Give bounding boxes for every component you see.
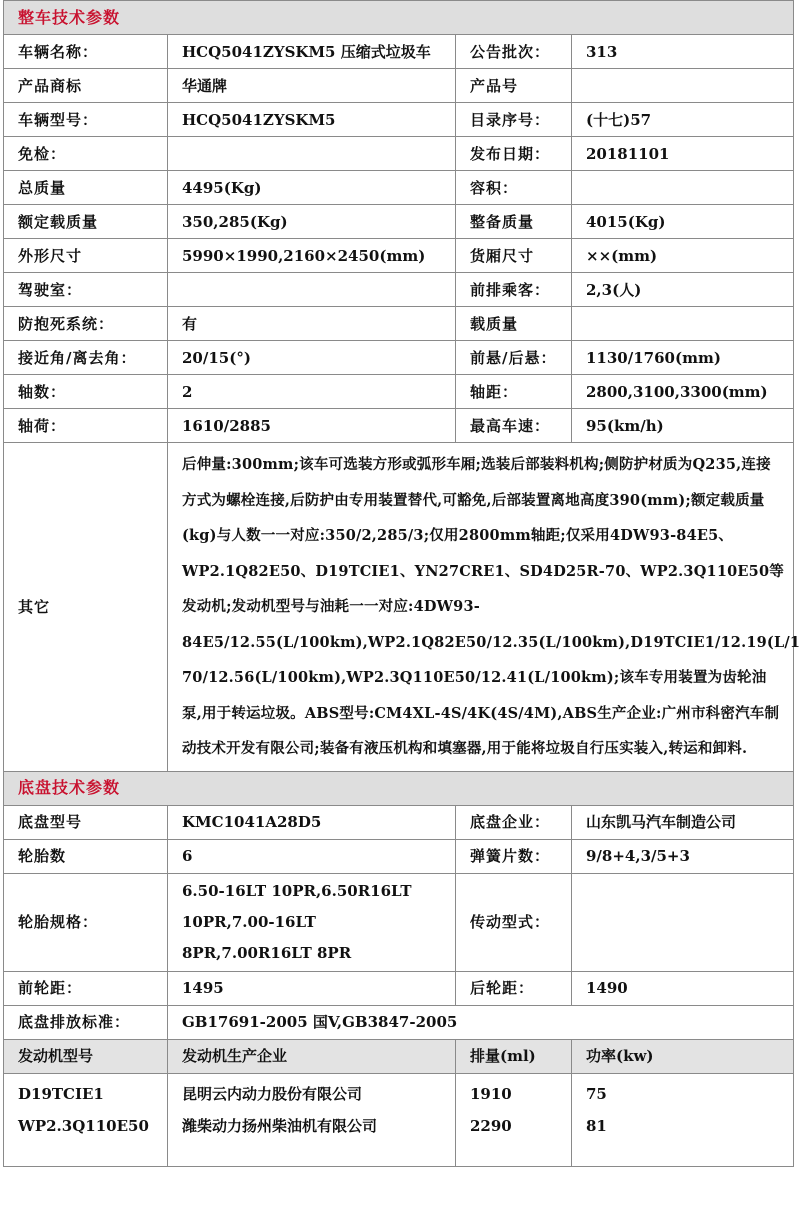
table-row: 车辆名称： HCQ5041ZYSKM5 压缩式垃圾车 公告批次： 313 bbox=[4, 35, 794, 69]
value-rear-track: 1490 bbox=[572, 971, 794, 1005]
engine-displacement-cell: 1910 2290 bbox=[456, 1073, 572, 1166]
table-row: 防抱死系统： 有 载质量 bbox=[4, 307, 794, 341]
engine-table-body: D19TCIE1 WP2.3Q110E50 昆明云内动力股份有限公司 潍柴动力扬… bbox=[4, 1073, 794, 1166]
label-max-speed: 最高车速： bbox=[456, 409, 572, 443]
label-total-mass: 总质量 bbox=[4, 171, 168, 205]
value-abs: 有 bbox=[168, 307, 456, 341]
value-emission: GB17691-2005 国V,GB3847-2005 bbox=[168, 1005, 794, 1039]
label-batch: 公告批次： bbox=[456, 35, 572, 69]
table-row: 车辆型号： HCQ5041ZYSKM5 目录序号： (十七)57 bbox=[4, 103, 794, 137]
table-row: 前轮距： 1495 后轮距： 1490 bbox=[4, 971, 794, 1005]
table-row: 外形尺寸 5990×1990,2160×2450(mm) 货厢尺寸 ××(mm) bbox=[4, 239, 794, 273]
value-overhang: 1130/1760(mm) bbox=[572, 341, 794, 375]
label-catalog-no: 目录序号： bbox=[456, 103, 572, 137]
label-tire-count: 轮胎数 bbox=[4, 839, 168, 873]
label-angles: 接近角/离去角： bbox=[4, 341, 168, 375]
vehicle-spec-table: 整车技术参数 车辆名称： HCQ5041ZYSKM5 压缩式垃圾车 公告批次： … bbox=[3, 0, 794, 1167]
table-row: 接近角/离去角： 20/15(°) 前悬/后悬： 1130/1760(mm) bbox=[4, 341, 794, 375]
value-front-passengers: 2,3(人) bbox=[572, 273, 794, 307]
label-front-track: 前轮距： bbox=[4, 971, 168, 1005]
table-row-other: 其它 后伸量:300mm;该车可选装方形或弧形车厢;选装后部装料机构;侧防护材质… bbox=[4, 443, 794, 772]
label-rear-track: 后轮距： bbox=[456, 971, 572, 1005]
value-drive-type bbox=[572, 873, 794, 971]
value-total-mass: 4495(Kg) bbox=[168, 171, 456, 205]
header-power: 功率(kw) bbox=[572, 1039, 794, 1073]
label-wheelbase: 轴距： bbox=[456, 375, 572, 409]
value-other: 后伸量:300mm;该车可选装方形或弧形车厢;选装后部装料机构;侧防护材质为Q2… bbox=[168, 443, 794, 772]
engine-models-cell: D19TCIE1 WP2.3Q110E50 bbox=[4, 1073, 168, 1166]
value-axle-load: 1610/2885 bbox=[168, 409, 456, 443]
engine-model: WP2.3Q110E50 bbox=[18, 1114, 167, 1146]
label-load-mass: 载质量 bbox=[456, 307, 572, 341]
label-vehicle-name: 车辆名称： bbox=[4, 35, 168, 69]
engine-displacement: 2290 bbox=[470, 1114, 571, 1146]
value-chassis-model: KMC1041A28D5 bbox=[168, 805, 456, 839]
section-header-chassis: 底盘技术参数 bbox=[4, 771, 794, 805]
value-chassis-maker: 山东凯马汽车制造公司 bbox=[572, 805, 794, 839]
engine-makers-cell: 昆明云内动力股份有限公司 潍柴动力扬州柴油机有限公司 bbox=[168, 1073, 456, 1166]
value-load-mass bbox=[572, 307, 794, 341]
value-tire-count: 6 bbox=[168, 839, 456, 873]
table-row: 轴数： 2 轴距： 2800,3100,3300(mm) bbox=[4, 375, 794, 409]
table-row: 免检： 发布日期： 20181101 bbox=[4, 137, 794, 171]
label-spring-leaves: 弹簧片数： bbox=[456, 839, 572, 873]
engine-maker: 潍柴动力扬州柴油机有限公司 bbox=[182, 1114, 455, 1146]
table-row: 轮胎数 6 弹簧片数： 9/8+4,3/5+3 bbox=[4, 839, 794, 873]
value-axles: 2 bbox=[168, 375, 456, 409]
table-row: 轮胎规格： 6.50-16LT 10PR,6.50R16LT 10PR,7.00… bbox=[4, 873, 794, 971]
label-rated-load: 额定载质量 bbox=[4, 205, 168, 239]
value-batch: 313 bbox=[572, 35, 794, 69]
label-brand: 产品商标 bbox=[4, 69, 168, 103]
engine-power: 75 bbox=[586, 1082, 793, 1114]
value-brand: 华通牌 bbox=[168, 69, 456, 103]
label-product-no: 产品号 bbox=[456, 69, 572, 103]
label-axle-load: 轴荷： bbox=[4, 409, 168, 443]
label-other: 其它 bbox=[4, 443, 168, 772]
label-exempt: 免检： bbox=[4, 137, 168, 171]
header-displacement: 排量(ml) bbox=[456, 1039, 572, 1073]
value-model: HCQ5041ZYSKM5 bbox=[168, 103, 456, 137]
label-release-date: 发布日期： bbox=[456, 137, 572, 171]
engine-power-cell: 75 81 bbox=[572, 1073, 794, 1166]
value-catalog-no: (十七)57 bbox=[572, 103, 794, 137]
label-chassis-maker: 底盘企业： bbox=[456, 805, 572, 839]
table-row: 驾驶室： 前排乘客： 2,3(人) bbox=[4, 273, 794, 307]
table-row: 底盘排放标准： GB17691-2005 国V,GB3847-2005 bbox=[4, 1005, 794, 1039]
engine-maker: 昆明云内动力股份有限公司 bbox=[182, 1082, 455, 1114]
value-cab bbox=[168, 273, 456, 307]
header-engine-maker: 发动机生产企业 bbox=[168, 1039, 456, 1073]
label-front-passengers: 前排乘客： bbox=[456, 273, 572, 307]
label-chassis-model: 底盘型号 bbox=[4, 805, 168, 839]
label-abs: 防抱死系统： bbox=[4, 307, 168, 341]
section-title: 底盘技术参数 bbox=[4, 771, 794, 805]
label-volume: 容积： bbox=[456, 171, 572, 205]
value-release-date: 20181101 bbox=[572, 137, 794, 171]
value-curb-mass: 4015(Kg) bbox=[572, 205, 794, 239]
label-overhang: 前悬/后悬： bbox=[456, 341, 572, 375]
value-product-no bbox=[572, 69, 794, 103]
label-emission: 底盘排放标准： bbox=[4, 1005, 168, 1039]
label-model: 车辆型号： bbox=[4, 103, 168, 137]
header-engine-model: 发动机型号 bbox=[4, 1039, 168, 1073]
section-title: 整车技术参数 bbox=[4, 1, 794, 35]
value-angles: 20/15(°) bbox=[168, 341, 456, 375]
label-curb-mass: 整备质量 bbox=[456, 205, 572, 239]
engine-power: 81 bbox=[586, 1114, 793, 1146]
value-rated-load: 350,285(Kg) bbox=[168, 205, 456, 239]
label-dimensions: 外形尺寸 bbox=[4, 239, 168, 273]
table-row: 总质量 4495(Kg) 容积： bbox=[4, 171, 794, 205]
table-row: 额定载质量 350,285(Kg) 整备质量 4015(Kg) bbox=[4, 205, 794, 239]
value-exempt bbox=[168, 137, 456, 171]
value-wheelbase: 2800,3100,3300(mm) bbox=[572, 375, 794, 409]
value-vehicle-name: HCQ5041ZYSKM5 压缩式垃圾车 bbox=[168, 35, 456, 69]
engine-table-header: 发动机型号 发动机生产企业 排量(ml) 功率(kw) bbox=[4, 1039, 794, 1073]
value-spring-leaves: 9/8+4,3/5+3 bbox=[572, 839, 794, 873]
table-row: 产品商标 华通牌 产品号 bbox=[4, 69, 794, 103]
value-tire-spec: 6.50-16LT 10PR,6.50R16LT 10PR,7.00-16LT … bbox=[168, 873, 456, 971]
value-volume bbox=[572, 171, 794, 205]
label-tire-spec: 轮胎规格： bbox=[4, 873, 168, 971]
label-drive-type: 传动型式： bbox=[456, 873, 572, 971]
value-max-speed: 95(km/h) bbox=[572, 409, 794, 443]
label-axles: 轴数： bbox=[4, 375, 168, 409]
label-cargo-size: 货厢尺寸 bbox=[456, 239, 572, 273]
value-front-track: 1495 bbox=[168, 971, 456, 1005]
section-header-vehicle: 整车技术参数 bbox=[4, 1, 794, 35]
label-cab: 驾驶室： bbox=[4, 273, 168, 307]
engine-displacement: 1910 bbox=[470, 1082, 571, 1114]
value-dimensions: 5990×1990,2160×2450(mm) bbox=[168, 239, 456, 273]
table-row: 底盘型号 KMC1041A28D5 底盘企业： 山东凯马汽车制造公司 bbox=[4, 805, 794, 839]
spec-sheet: 整车技术参数 车辆名称： HCQ5041ZYSKM5 压缩式垃圾车 公告批次： … bbox=[3, 0, 793, 1167]
table-row: 轴荷： 1610/2885 最高车速： 95(km/h) bbox=[4, 409, 794, 443]
engine-model: D19TCIE1 bbox=[18, 1082, 167, 1114]
value-cargo-size: ××(mm) bbox=[572, 239, 794, 273]
